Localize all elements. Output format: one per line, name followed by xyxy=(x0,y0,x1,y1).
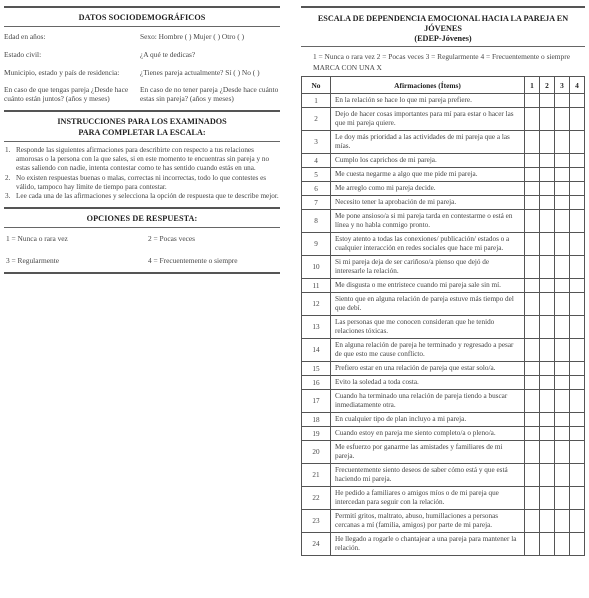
answer-cell-option-3[interactable] xyxy=(555,94,570,108)
answer-cell-option-4[interactable] xyxy=(570,233,585,256)
table-row: 18En cualquier tipo de plan incluyo a mi… xyxy=(302,413,585,427)
item-number: 15 xyxy=(302,362,331,376)
instruction-text: Responde las siguientes afirmaciones par… xyxy=(16,146,280,174)
item-statement: Frecuentemente siento deseos de saber có… xyxy=(331,464,525,487)
item-statement: Dejo de hacer cosas importantes para mí … xyxy=(331,108,525,131)
answer-cell-option-1[interactable] xyxy=(525,108,540,131)
answer-cell-option-3[interactable] xyxy=(555,196,570,210)
answer-cell-option-1[interactable] xyxy=(525,196,540,210)
answer-cell-option-1[interactable] xyxy=(525,487,540,510)
item-number: 8 xyxy=(302,210,331,233)
item-number: 14 xyxy=(302,339,331,362)
item-statement: Me pone ansioso/a si mi pareja tarda en … xyxy=(331,210,525,233)
field-sex[interactable]: Sexo: Hombre ( ) Mujer ( ) Otro ( ) xyxy=(140,27,280,45)
item-number: 6 xyxy=(302,182,331,196)
item-statement: Si mi pareja deja de ser cariñoso/a pien… xyxy=(331,256,525,279)
table-row: 14En alguna relación de pareja he termin… xyxy=(302,339,585,362)
item-number: 22 xyxy=(302,487,331,510)
instruction-text: Lee cada una de las afirmaciones y selec… xyxy=(16,192,280,201)
item-number: 11 xyxy=(302,279,331,293)
table-row: 7Necesito tener la aprobación de mi pare… xyxy=(302,196,585,210)
item-number: 13 xyxy=(302,316,331,339)
answer-cell-option-2[interactable] xyxy=(540,339,555,362)
item-statement: Las personas que me conocen consideran q… xyxy=(331,316,525,339)
answer-cell-option-3[interactable] xyxy=(555,108,570,131)
table-row: 15Prefiero estar en una relación de pare… xyxy=(302,362,585,376)
item-statement: He pedido a familiares o amigos míos o d… xyxy=(331,487,525,510)
table-row: 1En la relación se hace lo que mi pareja… xyxy=(302,94,585,108)
answer-cell-option-2[interactable] xyxy=(540,510,555,533)
item-statement: Me esfuerzo por ganarme las amistades y … xyxy=(331,441,525,464)
instructions-title-line1: INSTRUCCIONES PARA LOS EXAMINADOS xyxy=(4,116,280,127)
instruction-item: 1. Responde las siguientes afirmaciones … xyxy=(4,146,280,174)
item-statement: Necesito tener la aprobación de mi parej… xyxy=(331,196,525,210)
table-row: 6Me arreglo como mi pareja decide. xyxy=(302,182,585,196)
answer-cell-option-4[interactable] xyxy=(570,427,585,441)
instruction-item: 2. No existen respuestas buenas o malas,… xyxy=(4,174,280,192)
item-statement: Me cuesta negarme a algo que me pide mi … xyxy=(331,168,525,182)
answer-cell-option-1[interactable] xyxy=(525,376,540,390)
answer-cell-option-4[interactable] xyxy=(570,339,585,362)
answer-cell-option-2[interactable] xyxy=(540,316,555,339)
answer-cell-option-3[interactable] xyxy=(555,390,570,413)
answer-cell-option-2[interactable] xyxy=(540,168,555,182)
scale-title-line2: (EDEP-Jóvenes) xyxy=(301,34,585,44)
field-has-partner[interactable]: ¿Tienes pareja actualmente? Sí ( ) No ( … xyxy=(140,63,280,81)
table-row: 13Las personas que me conocen consideran… xyxy=(302,316,585,339)
answer-cell-option-1[interactable] xyxy=(525,168,540,182)
answer-cell-option-2[interactable] xyxy=(540,487,555,510)
field-occupation[interactable]: ¿A qué te dedicas? xyxy=(140,45,280,63)
instruction-number: 2. xyxy=(4,174,16,192)
table-row: 22He pedido a familiares o amigos míos o… xyxy=(302,487,585,510)
answer-cell-option-1[interactable] xyxy=(525,427,540,441)
answer-cell-option-1[interactable] xyxy=(525,316,540,339)
scale-legend: 1 = Nunca o rara vez 2 = Pocas veces 3 =… xyxy=(301,47,585,61)
header-option-4: 4 xyxy=(570,77,585,94)
answer-cell-option-2[interactable] xyxy=(540,210,555,233)
item-statement: Cuando estoy en pareja me siento complet… xyxy=(331,427,525,441)
table-row: 9Estoy atento a todas las conexiones/ pu… xyxy=(302,233,585,256)
answer-cell-option-2[interactable] xyxy=(540,376,555,390)
header-option-2: 2 xyxy=(540,77,555,94)
item-statement: He llegado a rogarle o chantajear a una … xyxy=(331,533,525,556)
answer-cell-option-3[interactable] xyxy=(555,441,570,464)
answer-cell-option-2[interactable] xyxy=(540,233,555,256)
answer-cell-option-3[interactable] xyxy=(555,510,570,533)
scale-title: ESCALA DE DEPENDENCIA EMOCIONAL HACIA LA… xyxy=(301,8,585,46)
answer-cell-option-2[interactable] xyxy=(540,108,555,131)
field-marital-status[interactable]: Estado civil: xyxy=(4,45,140,63)
instruction-number: 3. xyxy=(4,192,16,201)
answer-cell-option-4[interactable] xyxy=(570,279,585,293)
answer-cell-option-1[interactable] xyxy=(525,279,540,293)
item-statement: Prefiero estar en una relación de pareja… xyxy=(331,362,525,376)
table-row: 19Cuando estoy en pareja me siento compl… xyxy=(302,427,585,441)
answer-cell-option-2[interactable] xyxy=(540,441,555,464)
answer-cell-option-4[interactable] xyxy=(570,131,585,154)
item-number: 2 xyxy=(302,108,331,131)
answer-cell-option-3[interactable] xyxy=(555,131,570,154)
answer-cell-option-4[interactable] xyxy=(570,510,585,533)
option-4: 4 = Frecuentemente o siempre xyxy=(146,250,280,272)
answer-cell-option-3[interactable] xyxy=(555,182,570,196)
item-statement: En alguna relación de pareja he terminad… xyxy=(331,339,525,362)
answer-cell-option-1[interactable] xyxy=(525,441,540,464)
answer-cell-option-4[interactable] xyxy=(570,533,585,556)
answer-cell-option-1[interactable] xyxy=(525,293,540,316)
answer-cell-option-3[interactable] xyxy=(555,168,570,182)
answer-cell-option-1[interactable] xyxy=(525,339,540,362)
item-number: 21 xyxy=(302,464,331,487)
item-number: 4 xyxy=(302,154,331,168)
answer-cell-option-3[interactable] xyxy=(555,376,570,390)
answer-cell-option-1[interactable] xyxy=(525,390,540,413)
item-statement: En cualquier tipo de plan incluyo a mi p… xyxy=(331,413,525,427)
answer-cell-option-3[interactable] xyxy=(555,279,570,293)
answer-cell-option-1[interactable] xyxy=(525,464,540,487)
answer-cell-option-4[interactable] xyxy=(570,108,585,131)
instruction-number: 1. xyxy=(4,146,16,174)
answer-cell-option-4[interactable] xyxy=(570,362,585,376)
answer-cell-option-2[interactable] xyxy=(540,362,555,376)
table-row: 17Cuando ha terminado una relación de pa… xyxy=(302,390,585,413)
answer-cell-option-4[interactable] xyxy=(570,413,585,427)
answer-cell-option-2[interactable] xyxy=(540,256,555,279)
answer-cell-option-1[interactable] xyxy=(525,154,540,168)
header-option-1: 1 xyxy=(525,77,540,94)
answer-cell-option-2[interactable] xyxy=(540,131,555,154)
table-row: 16Evito la soledad a toda costa. xyxy=(302,376,585,390)
item-statement: Permití gritos, maltrato, abuso, humilla… xyxy=(331,510,525,533)
answer-cell-option-4[interactable] xyxy=(570,441,585,464)
item-number: 20 xyxy=(302,441,331,464)
item-number: 5 xyxy=(302,168,331,182)
response-options: 1 = Nunca o rara vez 2 = Pocas veces 3 =… xyxy=(4,228,280,272)
answer-cell-option-2[interactable] xyxy=(540,533,555,556)
answer-cell-option-4[interactable] xyxy=(570,487,585,510)
item-number: 7 xyxy=(302,196,331,210)
item-statement: Me arreglo como mi pareja decide. xyxy=(331,182,525,196)
table-row: 23Permití gritos, maltrato, abuso, humil… xyxy=(302,510,585,533)
option-3: 3 = Regularmente xyxy=(4,250,146,272)
table-row: 20Me esfuerzo por ganarme las amistades … xyxy=(302,441,585,464)
answer-cell-option-3[interactable] xyxy=(555,362,570,376)
answer-cell-option-4[interactable] xyxy=(570,464,585,487)
answer-cell-option-1[interactable] xyxy=(525,94,540,108)
answer-cell-option-1[interactable] xyxy=(525,362,540,376)
option-2: 2 = Pocas veces xyxy=(146,228,280,250)
item-statement: En la relación se hace lo que mi pareja … xyxy=(331,94,525,108)
answer-cell-option-1[interactable] xyxy=(525,210,540,233)
item-statement: Cumplo los caprichos de mi pareja. xyxy=(331,154,525,168)
item-statement: Siento que en alguna relación de pareja … xyxy=(331,293,525,316)
answer-cell-option-3[interactable] xyxy=(555,339,570,362)
answer-cell-option-4[interactable] xyxy=(570,316,585,339)
table-row: 10Si mi pareja deja de ser cariñoso/a pi… xyxy=(302,256,585,279)
instructions-list: 1. Responde las siguientes afirmaciones … xyxy=(4,142,280,205)
mark-instruction: MARCA CON UNA X xyxy=(301,61,585,76)
item-number: 1 xyxy=(302,94,331,108)
answer-cell-option-2[interactable] xyxy=(540,196,555,210)
item-number: 23 xyxy=(302,510,331,533)
answer-cell-option-4[interactable] xyxy=(570,376,585,390)
answer-cell-option-3[interactable] xyxy=(555,427,570,441)
scale-title-line1: ESCALA DE DEPENDENCIA EMOCIONAL HACIA LA… xyxy=(301,14,585,34)
item-number: 9 xyxy=(302,233,331,256)
answer-cell-option-2[interactable] xyxy=(540,182,555,196)
answer-cell-option-2[interactable] xyxy=(540,154,555,168)
answer-cell-option-1[interactable] xyxy=(525,233,540,256)
table-row: 4Cumplo los caprichos de mi pareja. xyxy=(302,154,585,168)
instruction-item: 3. Lee cada una de las afirmaciones y se… xyxy=(4,192,280,201)
table-row: 11Me disgusta o me entristece cuando mi … xyxy=(302,279,585,293)
instructions-title: INSTRUCCIONES PARA LOS EXAMINADOS PARA C… xyxy=(4,112,280,141)
answer-cell-option-3[interactable] xyxy=(555,487,570,510)
answer-cell-option-1[interactable] xyxy=(525,256,540,279)
header-option-3: 3 xyxy=(555,77,570,94)
answer-cell-option-4[interactable] xyxy=(570,293,585,316)
answer-cell-option-2[interactable] xyxy=(540,94,555,108)
answer-cell-option-2[interactable] xyxy=(540,464,555,487)
divider xyxy=(4,272,280,274)
table-row: 24He llegado a rogarle o chantajear a un… xyxy=(302,533,585,556)
answer-cell-option-4[interactable] xyxy=(570,256,585,279)
answer-cell-option-1[interactable] xyxy=(525,533,540,556)
answer-cell-option-1[interactable] xyxy=(525,413,540,427)
answer-cell-option-1[interactable] xyxy=(525,510,540,533)
table-header-row: No Afirmaciones (Ítems) 1 2 3 4 xyxy=(302,77,585,94)
table-row: 5Me cuesta negarme a algo que me pide mi… xyxy=(302,168,585,182)
answer-cell-option-4[interactable] xyxy=(570,154,585,168)
options-title: OPCIONES DE RESPUESTA: xyxy=(4,209,280,227)
right-panel: ESCALA DE DEPENDENCIA EMOCIONAL HACIA LA… xyxy=(301,6,585,556)
item-number: 12 xyxy=(302,293,331,316)
answer-cell-option-4[interactable] xyxy=(570,210,585,233)
answer-cell-option-3[interactable] xyxy=(555,533,570,556)
field-time-together[interactable]: En caso de que tengas pareja ¿Desde hace… xyxy=(4,81,140,107)
answer-cell-option-2[interactable] xyxy=(540,293,555,316)
answer-cell-option-3[interactable] xyxy=(555,293,570,316)
answer-cell-option-1[interactable] xyxy=(525,131,540,154)
answer-cell-option-2[interactable] xyxy=(540,390,555,413)
answer-cell-option-3[interactable] xyxy=(555,154,570,168)
item-number: 16 xyxy=(302,376,331,390)
answer-cell-option-3[interactable] xyxy=(555,413,570,427)
demographics-fields: Edad en años: Sexo: Hombre ( ) Mujer ( )… xyxy=(4,27,280,107)
table-row: 3Le doy más prioridad a las actividades … xyxy=(302,131,585,154)
item-statement: Cuando ha terminado una relación de pare… xyxy=(331,390,525,413)
answer-cell-option-3[interactable] xyxy=(555,464,570,487)
answer-cell-option-4[interactable] xyxy=(570,168,585,182)
item-statement: Estoy atento a todas las conexiones/ pub… xyxy=(331,233,525,256)
option-1: 1 = Nunca o rara vez xyxy=(4,228,146,250)
instruction-text: No existen respuestas buenas o malas, co… xyxy=(16,174,280,192)
table-row: 12Siento que en alguna relación de parej… xyxy=(302,293,585,316)
header-statements: Afirmaciones (Ítems) xyxy=(331,77,525,94)
item-number: 3 xyxy=(302,131,331,154)
answer-cell-option-4[interactable] xyxy=(570,94,585,108)
item-number: 19 xyxy=(302,427,331,441)
answer-cell-option-4[interactable] xyxy=(570,196,585,210)
left-panel: DATOS SOCIODEMOGRÁFICOS Edad en años: Se… xyxy=(4,6,280,274)
field-age[interactable]: Edad en años: xyxy=(4,27,140,45)
item-number: 17 xyxy=(302,390,331,413)
item-number: 24 xyxy=(302,533,331,556)
answer-cell-option-3[interactable] xyxy=(555,233,570,256)
items-table: No Afirmaciones (Ítems) 1 2 3 4 1En la r… xyxy=(301,76,585,556)
answer-cell-option-2[interactable] xyxy=(540,413,555,427)
answer-cell-option-3[interactable] xyxy=(555,256,570,279)
answer-cell-option-2[interactable] xyxy=(540,427,555,441)
answer-cell-option-1[interactable] xyxy=(525,182,540,196)
item-statement: Le doy más prioridad a las actividades d… xyxy=(331,131,525,154)
answer-cell-option-4[interactable] xyxy=(570,182,585,196)
answer-cell-option-2[interactable] xyxy=(540,279,555,293)
field-residence[interactable]: Municipio, estado y país de residencia: xyxy=(4,63,140,81)
answer-cell-option-3[interactable] xyxy=(555,210,570,233)
answer-cell-option-3[interactable] xyxy=(555,316,570,339)
instructions-title-line2: PARA COMPLETAR LA ESCALA: xyxy=(4,127,280,138)
table-row: 2Dejo de hacer cosas importantes para mí… xyxy=(302,108,585,131)
table-row: 8Me pone ansioso/a si mi pareja tarda en… xyxy=(302,210,585,233)
item-statement: Me disgusta o me entristece cuando mi pa… xyxy=(331,279,525,293)
item-statement: Evito la soledad a toda costa. xyxy=(331,376,525,390)
field-time-single[interactable]: En caso de no tener pareja ¿Desde hace c… xyxy=(140,81,280,107)
answer-cell-option-4[interactable] xyxy=(570,390,585,413)
item-number: 10 xyxy=(302,256,331,279)
table-row: 21Frecuentemente siento deseos de saber … xyxy=(302,464,585,487)
item-number: 18 xyxy=(302,413,331,427)
header-no: No xyxy=(302,77,331,94)
demographics-title: DATOS SOCIODEMOGRÁFICOS xyxy=(4,8,280,26)
